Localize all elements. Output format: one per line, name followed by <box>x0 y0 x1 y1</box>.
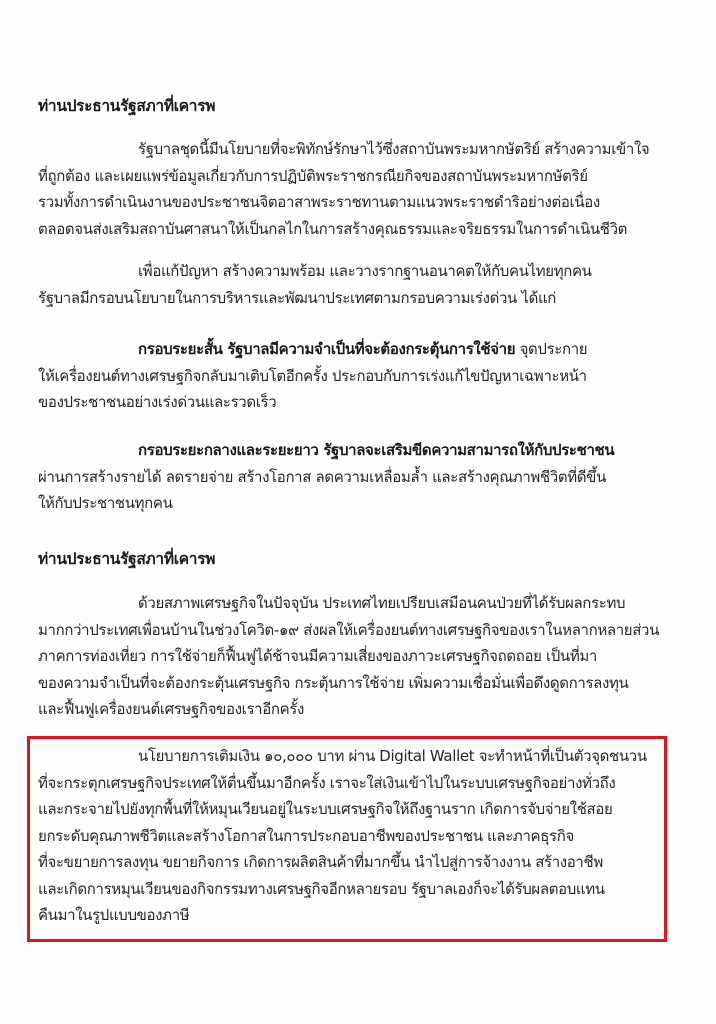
paragraph-line: ของความจำเป็นที่จะต้องกระตุ้นเศรษฐกิจ กร… <box>38 670 650 697</box>
paragraph-line: นโยบายการเติมเงิน ๑๐,๐๐๐ บาท ผ่าน Digita… <box>38 743 650 770</box>
paragraph-line: ของประชาชนอย่างเร่งด่วนและรวดเร็ว <box>38 389 650 416</box>
bold-lead-text: กรอบระยะกลางและระยะยาว รัฐบาลจะเสริมขีดค… <box>38 437 650 464</box>
paragraph-line: คืนมาในรูปแบบของภาษี <box>38 902 650 929</box>
document-page: ท่านประธานรัฐสภาที่เคารพ รัฐบาลชุดนี้มีน… <box>0 0 716 1024</box>
line-rest-text: จุดประกาย <box>515 340 587 358</box>
paragraph-line: กรอบระยะสั้น รัฐบาลมีความจำเป็นที่จะต้อง… <box>38 336 650 363</box>
highlight-box-digital-wallet: นโยบายการเติมเงิน ๑๐,๐๐๐ บาท ผ่าน Digita… <box>27 736 667 942</box>
paragraph-line: ยกระดับคุณภาพชีวิตและสร้างโอกาสในการประก… <box>38 823 650 850</box>
paragraph-line: รัฐบาลมีกรอบนโยบายในการบริหารและพัฒนาประ… <box>38 285 650 312</box>
paragraph-line: ให้กับประชาชนทุกคน <box>38 490 650 517</box>
paragraph-line: รัฐบาลชุดนี้มีนโยบายที่จะพิทักษ์รักษาไว้… <box>38 136 650 163</box>
paragraph-line: และกระจายไปยังทุกพื้นที่ให้หมุนเวียนอยู่… <box>38 796 650 823</box>
paragraph-urgent-framework: เพื่อแก้ปัญหา สร้างความพร้อม และวางรากฐา… <box>38 258 650 311</box>
paragraph-line: ด้วยสภาพเศรษฐกิจในปัจจุบัน ประเทศไทยเปรี… <box>38 590 650 617</box>
paragraph-line: รวมทั้งการดำเนินงานของประชาชนจิตอาสาพระร… <box>38 189 650 216</box>
paragraph-line: มากกว่าประเทศเพื่อนบ้านในช่วงโควิด-๑๙ ส่… <box>38 617 650 644</box>
paragraph-long-term: กรอบระยะกลางและระยะยาว รัฐบาลจะเสริมขีดค… <box>38 437 650 517</box>
bold-lead-text: กรอบระยะสั้น รัฐบาลมีความจำเป็นที่จะต้อง… <box>138 340 515 358</box>
section-heading: ท่านประธานรัฐสภาที่เคารพ <box>38 93 215 118</box>
paragraph-line: ที่ถูกต้อง และเผยแพร่ข้อมูลเกี่ยวกับการป… <box>38 163 650 190</box>
paragraph-line: ให้เครื่องยนต์ทางเศรษฐกิจกลับมาเติบโตอีก… <box>38 363 650 390</box>
paragraph-line: ที่จะขยายการลงทุน ขยายกิจการ เกิดการผลิต… <box>38 849 650 876</box>
paragraph-line: ภาคการท่องเที่ยว การใช้จ่ายก็ฟื้นฟูได้ช้… <box>38 643 650 670</box>
paragraph-line: และฟื้นฟูเครื่องยนต์เศรษฐกิจของเราอีกครั… <box>38 696 650 723</box>
paragraph-monarchy: รัฐบาลชุดนี้มีนโยบายที่จะพิทักษ์รักษาไว้… <box>38 136 650 242</box>
paragraph-line: ตลอดจนส่งเสริมสถาบันศาสนาให้เป็นกลไกในกา… <box>38 216 650 243</box>
paragraph-digital-wallet: นโยบายการเติมเงิน ๑๐,๐๐๐ บาท ผ่าน Digita… <box>38 743 650 929</box>
paragraph-line: ที่จะกระตุกเศรษฐกิจประเทศให้ตื่นขึ้นมาอี… <box>38 770 650 797</box>
paragraph-economy: ด้วยสภาพเศรษฐกิจในปัจจุบัน ประเทศไทยเปรี… <box>38 590 650 723</box>
paragraph-line: ผ่านการสร้างรายได้ ลดรายจ่าย สร้างโอกาส … <box>38 464 650 491</box>
section-heading: ท่านประธานรัฐสภาที่เคารพ <box>38 546 215 571</box>
paragraph-line: เพื่อแก้ปัญหา สร้างความพร้อม และวางรากฐา… <box>38 258 650 285</box>
paragraph-short-term: กรอบระยะสั้น รัฐบาลมีความจำเป็นที่จะต้อง… <box>38 336 650 416</box>
paragraph-line: และเกิดการหมุนเวียนของกิจกรรมทางเศรษฐกิจ… <box>38 876 650 903</box>
